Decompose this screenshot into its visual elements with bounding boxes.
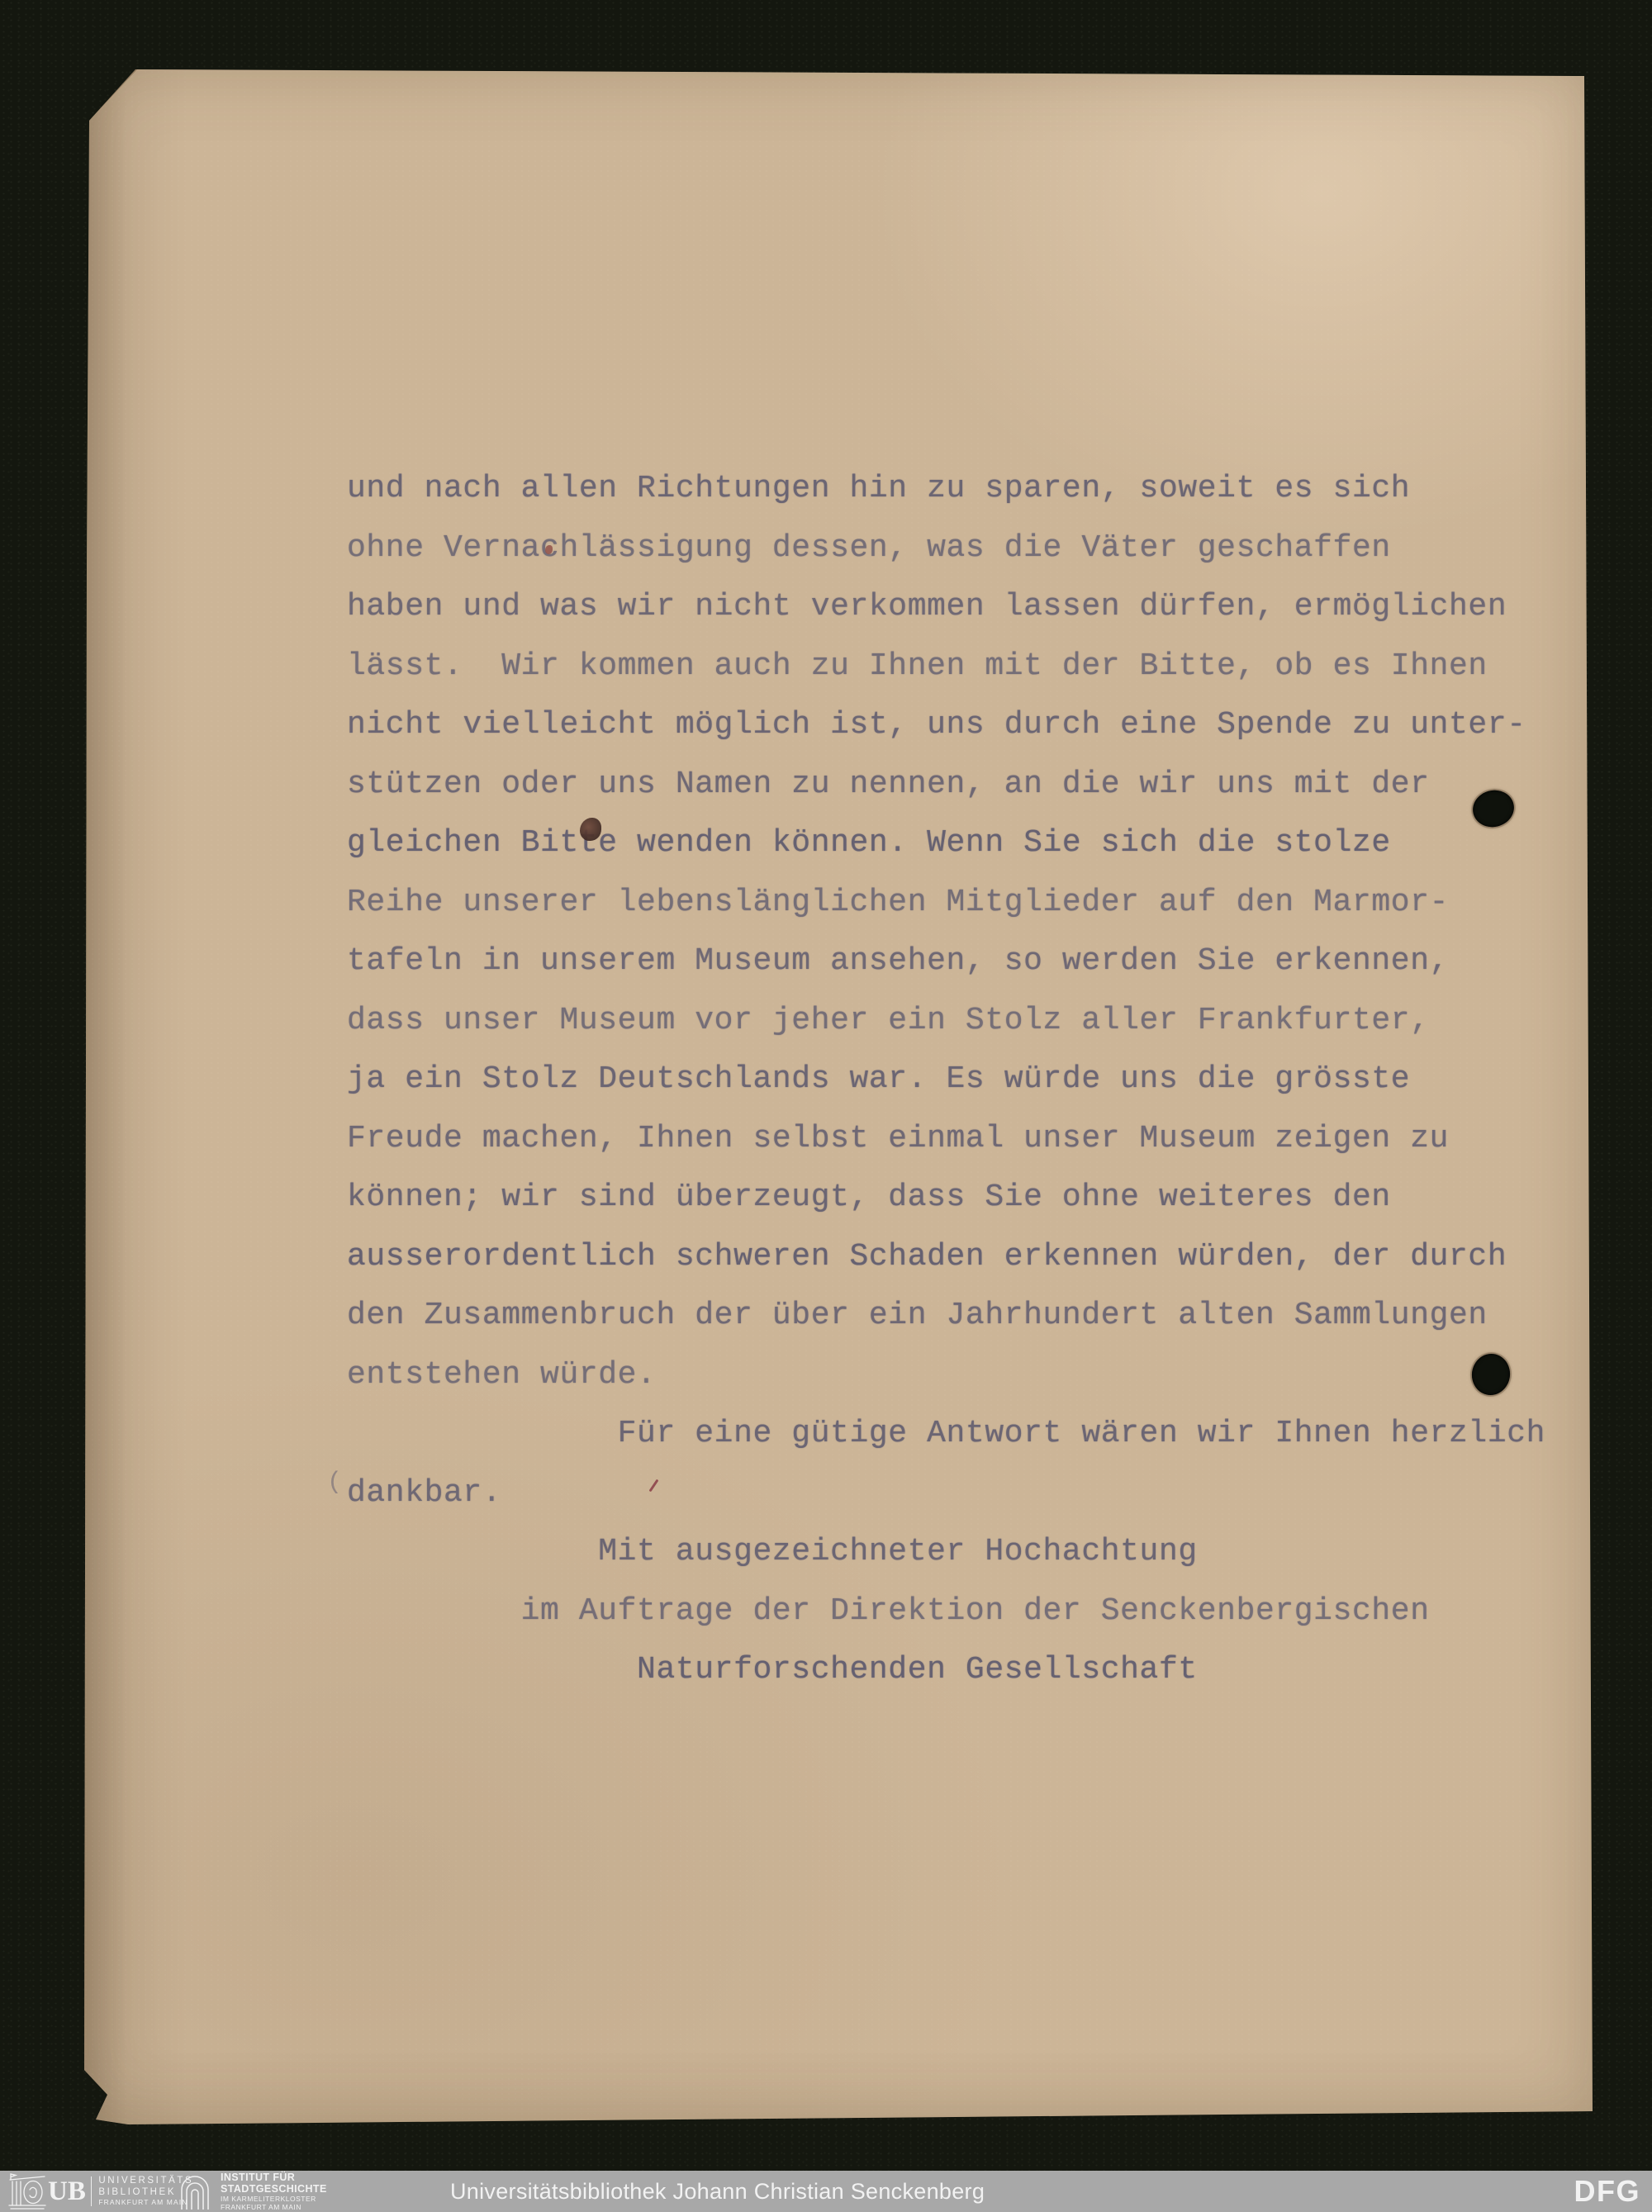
letter-line: dankbar. (347, 1464, 1569, 1523)
scan-background: und nach allen Richtungen hin zu sparen,… (0, 0, 1652, 2212)
library-credit-text: Universitätsbibliothek Johann Christian … (450, 2171, 985, 2212)
letter-line: Naturforschenden Gesellschaft (347, 1640, 1569, 1700)
library-facade-icon (8, 2173, 46, 2210)
folded-corner-shadow (86, 69, 140, 127)
dfg-logo: DFG (1574, 2171, 1641, 2212)
letter-line: dass unser Museum vor jeher ein Stolz al… (347, 991, 1569, 1051)
footer-credit-bar: UB UNIVERSITÄTS BIBLIOTHEK FRANKFURT AM … (0, 2171, 1652, 2212)
paper-stain-red (545, 545, 553, 554)
institut-line4: FRANKFURT AM MAIN (221, 2203, 327, 2211)
letter-line: gleichen Bitte wenden können. Wenn Sie s… (347, 814, 1569, 873)
letter-line: den Zusammenbruch der über ein Jahrhunde… (347, 1286, 1569, 1346)
letter-line: haben und was wir nicht verkommen lassen… (347, 577, 1569, 637)
stray-typemark: ( (327, 1469, 342, 1497)
letter-line: nicht vielleicht möglich ist, uns durch … (347, 695, 1569, 755)
institut-stadtgeschichte-logo: INSTITUT FÜR STADTGESCHICHTE IM KARMELIT… (177, 2171, 327, 2212)
letter-line: im Auftrage der Direktion der Senckenber… (347, 1582, 1569, 1641)
letter-line: Mit ausgezeichneter Hochachtung (347, 1522, 1569, 1582)
letter-line: entstehen würde. (347, 1346, 1569, 1405)
letter-line: und nach allen Richtungen hin zu sparen,… (347, 459, 1569, 519)
logo-divider (91, 2176, 93, 2206)
institut-line1: INSTITUT FÜR (221, 2172, 327, 2183)
ub-logo: UB UNIVERSITÄTS BIBLIOTHEK FRANKFURT AM … (8, 2171, 193, 2212)
folded-corner (86, 69, 135, 122)
letter-line: tafeln in unserem Museum ansehen, so wer… (347, 932, 1569, 991)
letter-line: Für eine gütige Antwort wären wir Ihnen … (347, 1404, 1569, 1464)
letter-line: Freude machen, Ihnen selbst einmal unser… (347, 1109, 1569, 1169)
letter-line: lässt. Wir kommen auch zu Ihnen mit der … (347, 637, 1569, 696)
letter-body: und nach allen Richtungen hin zu sparen,… (347, 459, 1569, 1700)
letter-line: ja ein Stolz Deutschlands war. Es würde … (347, 1050, 1569, 1109)
ub-abbr: UB (48, 2173, 86, 2210)
letter-line: Reihe unserer lebenslänglichen Mitgliede… (347, 873, 1569, 933)
institut-line3: IM KARMELITERKLOSTER (221, 2195, 327, 2203)
letter-line: stützen oder uns Namen zu nennen, an die… (347, 755, 1569, 814)
document-page: und nach allen Richtungen hin zu sparen,… (83, 69, 1593, 2124)
letter-line: ausserordentlich schweren Schaden erkenn… (347, 1227, 1569, 1287)
institut-line2: STADTGESCHICHTE (221, 2183, 327, 2195)
paper-stain-brown (580, 818, 601, 841)
monastery-arch-icon (177, 2173, 213, 2210)
letter-line: ohne Vernachlässigung dessen, was die Vä… (347, 519, 1569, 578)
institut-logo-text: INSTITUT FÜR STADTGESCHICHTE IM KARMELIT… (221, 2172, 327, 2211)
letter-line: können; wir sind überzeugt, dass Sie ohn… (347, 1168, 1569, 1227)
